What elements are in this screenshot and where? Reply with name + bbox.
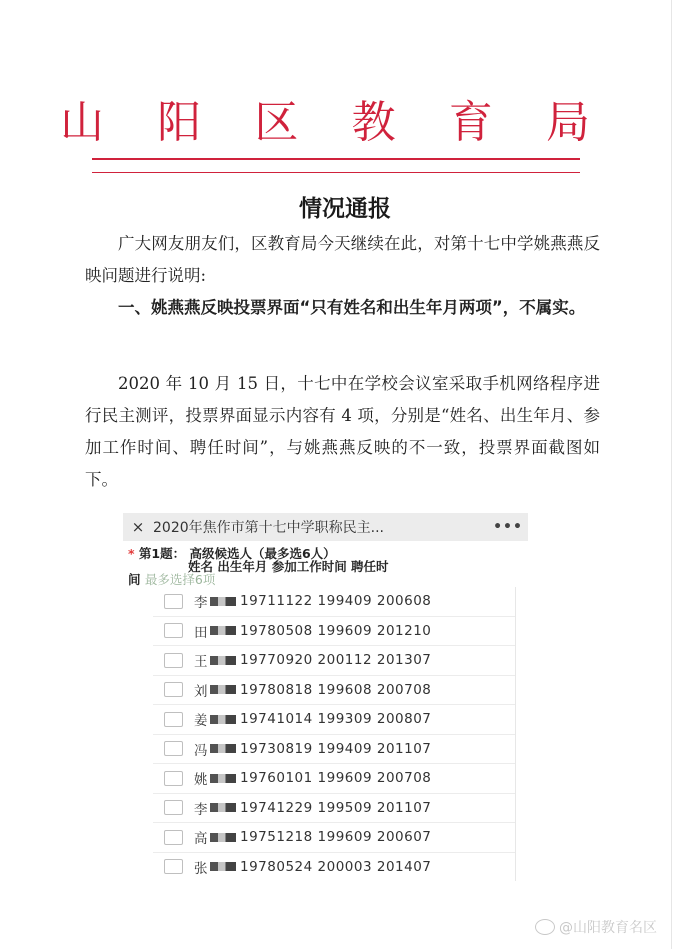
birth-date: 19780524 [240,859,313,875]
candidate-option[interactable]: 田19780508 199609 201210 [153,617,515,647]
name-redaction [210,656,236,665]
voting-title: 2020年焦作市第十七中学职称民主... [153,517,488,537]
work-start: 199509 [318,800,373,816]
work-start: 200112 [318,652,373,668]
question-header: * 第1题： 高级候选人（最多选6人） 姓名 出生年月 参加工作时间 聘任时 间… [128,547,528,586]
work-start: 199309 [318,711,373,727]
letterhead-char: 局 [546,86,590,150]
work-start: 199609 [318,829,373,845]
birth-date: 19770920 [240,652,313,668]
checkbox[interactable] [164,712,183,727]
name-redaction [210,803,236,812]
appointed-date: 200807 [377,711,432,727]
work-start: 199609 [318,770,373,786]
checkbox[interactable] [164,800,183,815]
paragraph-section-heading: 一、姚燕燕反映投票界面“只有姓名和出生年月两项”，不属实。 [85,292,600,324]
candidate-surname: 姚 [194,768,210,788]
weibo-watermark: @山阳教育名区 [535,917,657,937]
required-mark: * [128,546,135,561]
candidate-option[interactable]: 冯19730819 199409 201107 [153,735,515,765]
checkbox[interactable] [164,771,183,786]
candidate-surname: 冯 [194,739,210,759]
paragraph-intro: 广大网友朋友们，区教育局今天继续在此，对第十七中学姚燕燕反映问题进行说明: [85,228,600,292]
letterhead-rule-thick [92,158,580,160]
candidate-surname: 姜 [194,709,210,729]
name-redaction [210,626,236,635]
paragraph-text: 2020 年 10 月 15 日，十七中在学校会议室采取手机网络程序进行民主测评… [85,368,600,496]
appointed-date: 200708 [377,682,432,698]
candidate-option[interactable]: 高19751218 199609 200607 [153,823,515,853]
appointed-date: 201307 [377,652,432,668]
work-start: 200003 [318,859,373,875]
phone-status-bar [123,505,533,513]
checkbox[interactable] [164,830,183,845]
letterhead-char: 区 [254,86,298,150]
birth-date: 19760101 [240,770,313,786]
candidate-surname: 刘 [194,680,210,700]
name-redaction [210,597,236,606]
letterhead-char: 阳 [157,86,201,150]
birth-date: 19780818 [240,682,313,698]
candidate-option[interactable]: 李19741229 199509 201107 [153,794,515,824]
candidate-surname: 高 [194,827,210,847]
name-redaction [210,833,236,842]
letterhead-char: 山 [60,86,104,150]
birth-date: 19751218 [240,829,313,845]
letterhead-char: 育 [449,86,493,150]
appointed-date: 201407 [377,859,432,875]
question-columns-cont: 间 [128,572,141,587]
appointed-date: 201107 [377,741,432,757]
appointed-date: 200608 [377,593,432,609]
paragraph-text: 一、姚燕燕反映投票界面“只有姓名和出生年月两项”，不属实。 [85,292,600,324]
birth-date: 19741229 [240,800,313,816]
candidate-surname: 张 [194,857,210,877]
paragraph-details: 2020 年 10 月 15 日，十七中在学校会议室采取手机网络程序进行民主测评… [85,368,600,496]
more-icon[interactable]: ••• [488,519,528,535]
candidate-option[interactable]: 张19780524 200003 201407 [153,853,515,882]
paragraph-text: 广大网友朋友们，区教育局今天继续在此，对第十七中学姚燕燕反映问题进行说明: [85,228,600,292]
name-redaction [210,685,236,694]
letterhead-char: 教 [352,86,396,150]
birth-date: 19711122 [240,593,313,609]
birth-date: 19741014 [240,711,313,727]
candidate-surname: 王 [194,650,210,670]
birth-date: 19730819 [240,741,313,757]
name-redaction [210,862,236,871]
name-redaction [210,744,236,753]
letterhead-org-name: 山 阳 区 教 育 局 [60,88,590,148]
weibo-icon [535,919,555,935]
voting-screenshot: × 2020年焦作市第十七中学职称民主... ••• * 第1题： 高级候选人（… [123,505,533,885]
candidate-list: 李19711122 199409 200608 田19780508 199609… [153,587,516,881]
candidate-option[interactable]: 刘19780818 199608 200708 [153,676,515,706]
appointed-date: 200708 [377,770,432,786]
checkbox[interactable] [164,682,183,697]
candidate-surname: 田 [194,621,210,641]
candidate-option[interactable]: 姚19760101 199609 200708 [153,764,515,794]
appointed-date: 200607 [377,829,432,845]
candidate-surname: 李 [194,591,210,611]
candidate-surname: 李 [194,798,210,818]
work-start: 199409 [318,741,373,757]
checkbox[interactable] [164,623,183,638]
work-start: 199409 [318,593,373,609]
checkbox[interactable] [164,594,183,609]
voting-titlebar: × 2020年焦作市第十七中学职称民主... ••• [123,513,528,541]
work-start: 199608 [318,682,373,698]
candidate-option[interactable]: 李19711122 199409 200608 [153,587,515,617]
close-icon[interactable]: × [123,518,153,536]
document-title: 情况通报 [0,190,690,223]
name-redaction [210,774,236,783]
candidate-option[interactable]: 姜19741014 199309 200807 [153,705,515,735]
work-start: 199609 [318,623,373,639]
checkbox[interactable] [164,741,183,756]
name-redaction [210,715,236,724]
birth-date: 19780508 [240,623,313,639]
letterhead-rule-thin [92,172,580,173]
page-edge-line [671,0,672,949]
appointed-date: 201107 [377,800,432,816]
appointed-date: 201210 [377,623,432,639]
checkbox[interactable] [164,653,183,668]
candidate-option[interactable]: 王19770920 200112 201307 [153,646,515,676]
watermark-text: @山阳教育名区 [559,917,657,937]
question-hint: 最多选择6项 [145,572,215,587]
checkbox[interactable] [164,859,183,874]
